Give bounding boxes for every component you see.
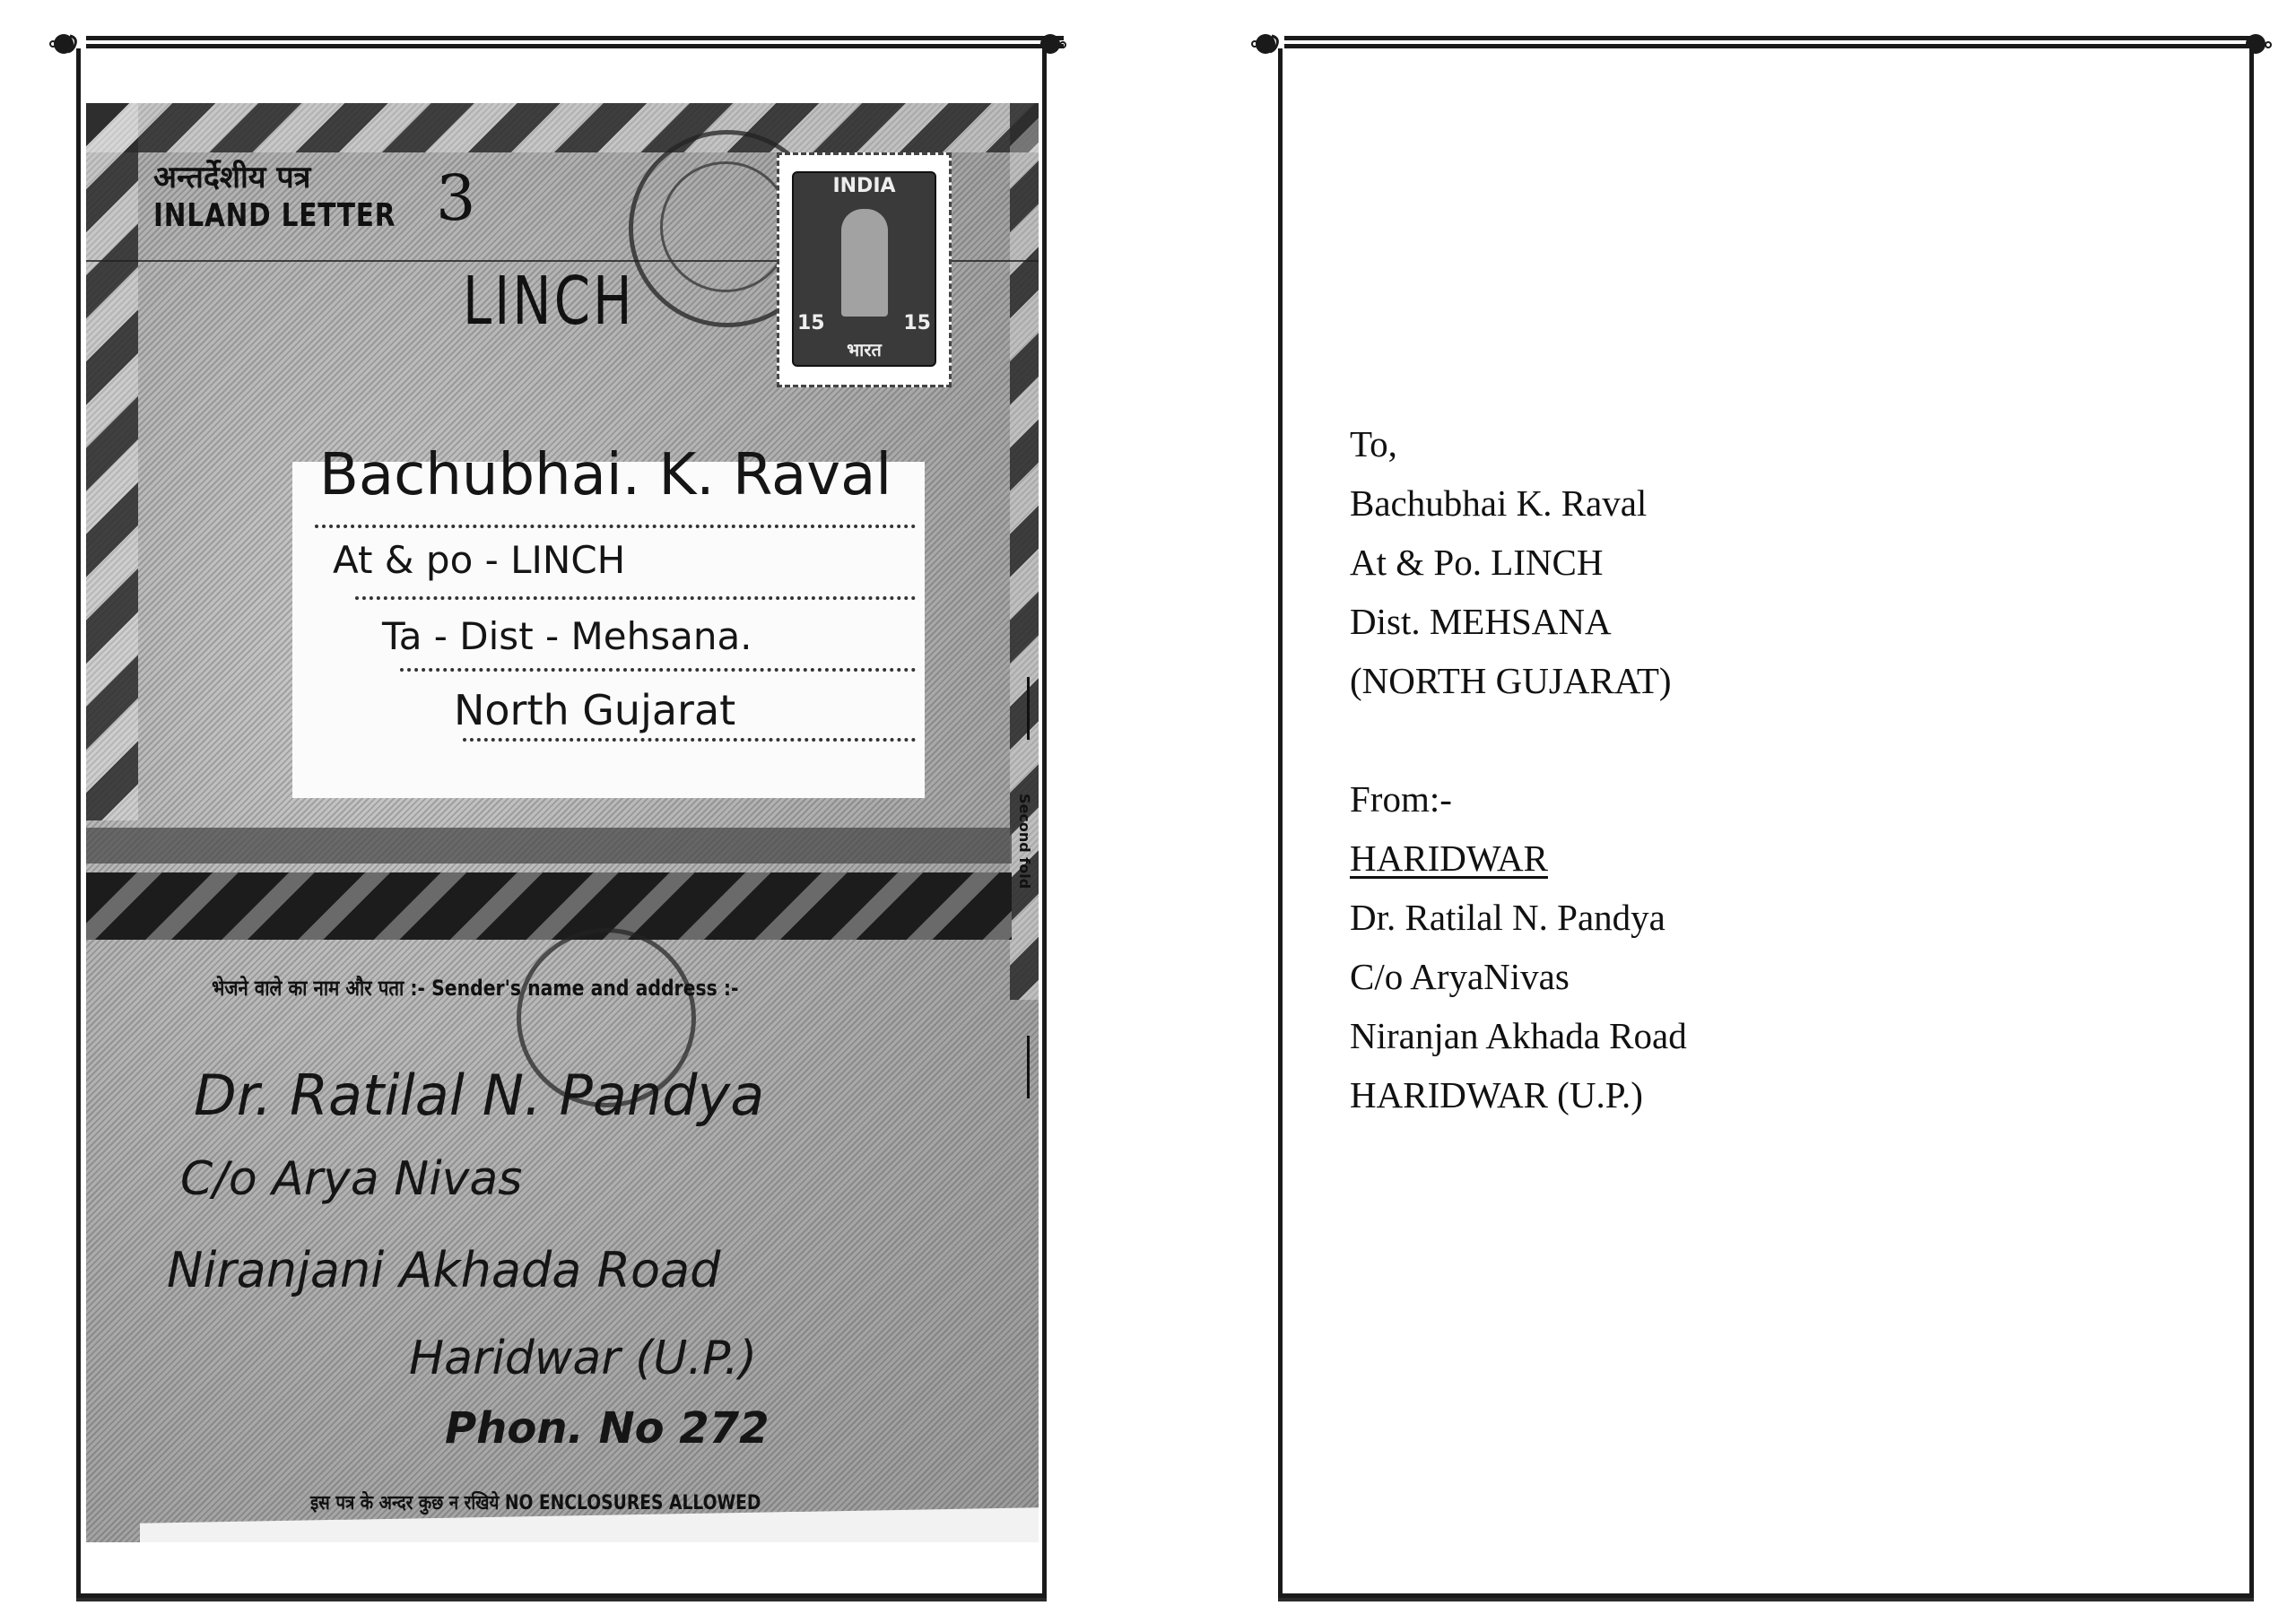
form-title-english: INLAND LETTER bbox=[153, 197, 396, 234]
dotted-line bbox=[355, 596, 916, 600]
sender-line: Dr. Ratilal N. Pandya bbox=[194, 1063, 764, 1128]
airmail-stripe bbox=[86, 103, 138, 820]
sender-line: HARIDWAR (U.P.) bbox=[1350, 1065, 1687, 1124]
stamp-value-right: 15 bbox=[903, 312, 931, 334]
spacer bbox=[1350, 710, 1687, 769]
dotted-line bbox=[463, 738, 916, 742]
recipient-line: Ta - Dist - Mehsana. bbox=[382, 614, 752, 658]
inland-letter-scan: अन्तर्देशीय पत्र INLAND LETTER 3 LINCH I… bbox=[86, 103, 1039, 1542]
from-heading: HARIDWAR bbox=[1350, 829, 1687, 888]
form-title-hindi: अन्तर्देशीय पत्र bbox=[153, 155, 310, 196]
scroll-knob-icon bbox=[48, 29, 79, 59]
address-transcription: To, Bachubhai K. Raval At & Po. LINCH Di… bbox=[1350, 414, 1687, 1124]
sender-line: Phon. No 272 bbox=[445, 1403, 770, 1454]
sender-line: C/o Arya Nivas bbox=[180, 1152, 522, 1206]
airmail-stripe bbox=[86, 103, 1039, 152]
stamp-country: INDIA bbox=[794, 175, 935, 197]
fold-band bbox=[86, 872, 1012, 940]
stamp-face: INDIA 15 15 भारत bbox=[792, 171, 936, 367]
dotted-line bbox=[400, 668, 916, 672]
handwritten-destination: LINCH bbox=[463, 263, 635, 340]
lion-capital-emblem-icon bbox=[841, 209, 888, 317]
arrow-up-icon bbox=[1027, 677, 1030, 740]
to-label: To, bbox=[1350, 414, 1687, 473]
frame-top-rod bbox=[86, 36, 1064, 48]
recipient-line: Bachubhai K. Raval bbox=[1350, 473, 1687, 533]
fold-band bbox=[86, 828, 1012, 864]
postage-stamp: INDIA 15 15 भारत bbox=[777, 152, 952, 387]
recipient-line: Dist. MEHSANA bbox=[1350, 592, 1687, 651]
recipient-line: At & po - LINCH bbox=[333, 538, 625, 582]
sender-line: Dr. Ratilal N. Pandya bbox=[1350, 888, 1687, 947]
arrow-down-icon bbox=[1027, 1036, 1030, 1098]
stamp-value-left: 15 bbox=[797, 312, 825, 334]
from-label: From:- bbox=[1350, 769, 1687, 829]
side-instruction: Second fold bbox=[1016, 794, 1033, 889]
recipient-line: (NORTH GUJARAT) bbox=[1350, 651, 1687, 710]
sender-label: भेजने वाले का नाम और पता :- Sender's nam… bbox=[212, 973, 738, 1002]
recipient-line: North Gujarat bbox=[454, 686, 735, 734]
sender-line: Haridwar (U.P.) bbox=[409, 1332, 757, 1385]
handwritten-number: 3 bbox=[436, 161, 476, 235]
recipient-address-box: Bachubhai. K. Raval At & po - LINCH Ta -… bbox=[292, 462, 925, 798]
recipient-line: At & Po. LINCH bbox=[1350, 533, 1687, 592]
sender-line: C/o AryaNivas bbox=[1350, 947, 1687, 1006]
no-enclosures-note: इस पत्र के अन्दर कुछ न रखिये NO ENCLOSUR… bbox=[310, 1488, 761, 1515]
recipient-line: Bachubhai. K. Raval bbox=[319, 442, 891, 508]
dotted-line bbox=[315, 525, 916, 528]
scroll-knob-icon bbox=[1250, 29, 1281, 59]
sender-line: Niranjan Akhada Road bbox=[1350, 1006, 1687, 1065]
frame-top-rod bbox=[1284, 36, 2253, 48]
sender-line: Niranjani Akhada Road bbox=[167, 1242, 720, 1298]
stamp-script: भारत bbox=[794, 337, 935, 361]
